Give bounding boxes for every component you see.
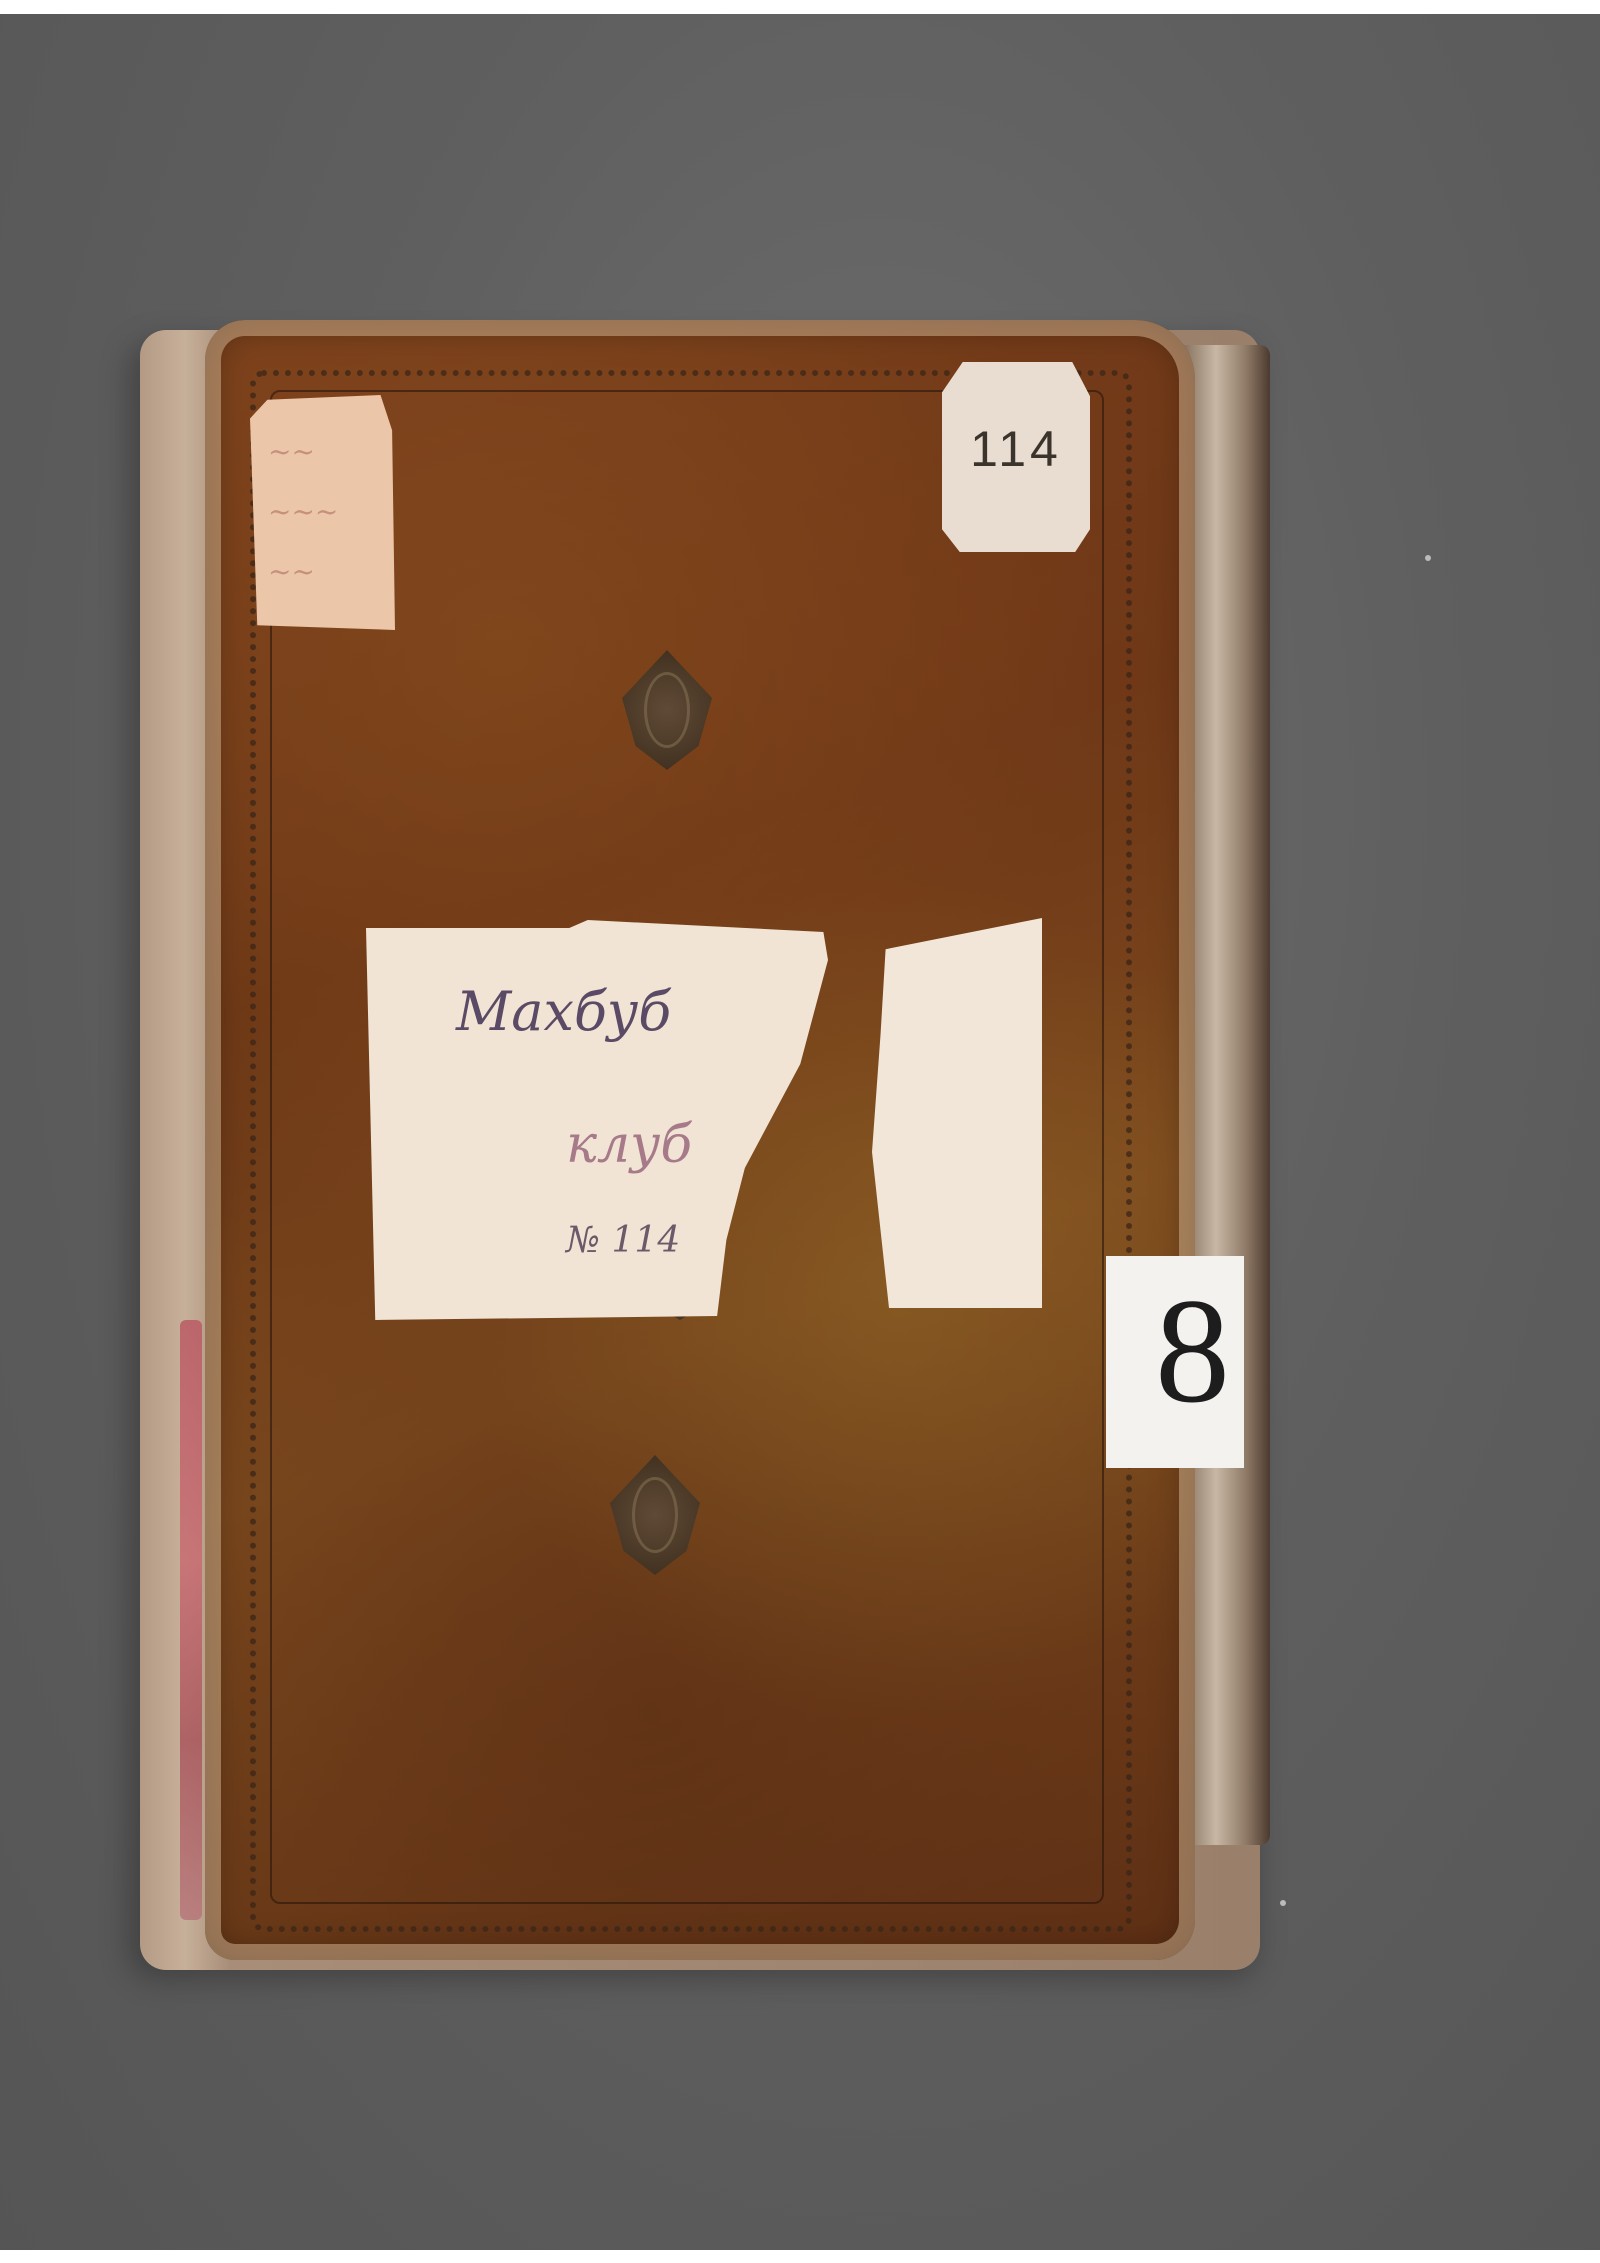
top-left-scrawl-3: ~~ (268, 555, 315, 588)
dust-speck (1425, 555, 1431, 561)
center-label-line1: Махбуб (456, 980, 671, 1043)
side-number-tab: 8 (1106, 1256, 1244, 1468)
dust-speck (1280, 1900, 1286, 1906)
top-left-scrawl-1: ~~ (268, 435, 315, 468)
torn-label-fragment (872, 918, 1042, 1308)
center-label-line3: № 114 (566, 1220, 680, 1261)
top-right-label-text: 114 (942, 420, 1090, 478)
side-tab-text: 8 (1155, 1276, 1230, 1426)
center-label-line2: клуб (566, 1115, 692, 1175)
red-page-edge (180, 1320, 202, 1920)
top-left-paper-label: faded handwritten pink inscription (ille… (250, 395, 395, 630)
top-right-number-label: 114 (942, 362, 1090, 552)
top-left-scrawl-2: ~~~ (268, 495, 338, 528)
